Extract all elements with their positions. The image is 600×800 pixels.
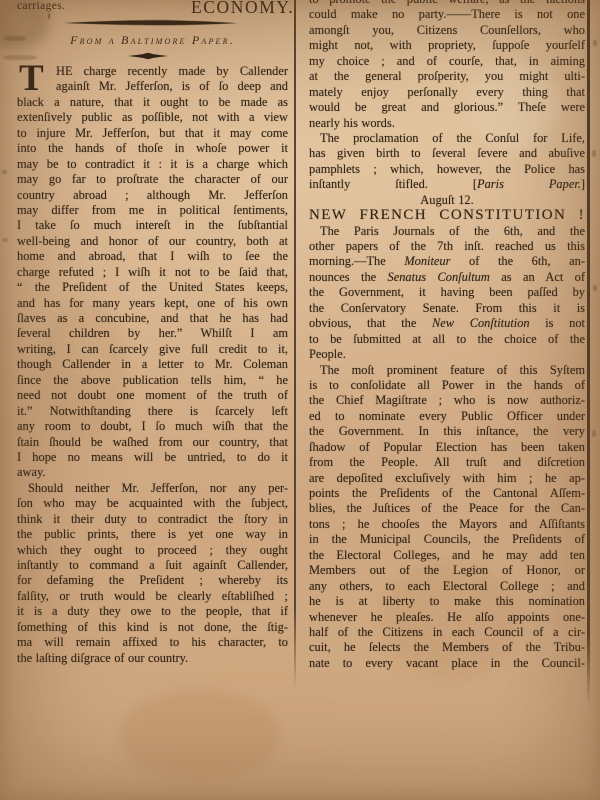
text-line: mately enjoy perſonally every thing that [309,85,585,100]
text-line: and has for many years kept, one of his … [17,296,288,311]
edge-text-fragment [592,430,596,437]
text-line: Should neither Mr. Jefferſon, nor any pe… [17,481,288,496]
text-line: writing, I can ſcarcely give full credit… [17,342,288,357]
text-line: any room to doubt, I ſo much wiſh that t… [17,419,288,434]
text-line: obvious, that the New Conſtitution is no… [309,316,585,331]
text-line: in the Municipal Councils, the Preſident… [309,532,585,547]
diamond-ornament [128,52,168,60]
text-line: the Government, it having been paſſed by [309,285,585,300]
text-line: home and abroad, that I wiſh to ſee the [17,249,288,264]
text-line: I hope no means will be untried, to do i… [17,450,288,465]
text-line: People. [309,347,585,362]
text-line: charge refuted ; I wiſh it not to be ſai… [17,265,288,280]
text-line: the Government. In this inſtance, the ve… [309,424,585,439]
text-line: nate to every vacant place in the Counci… [309,656,585,671]
paper-stain [120,690,280,780]
newspaper-page: carriages. ECONOMY. From a Baltimore Pap… [0,0,600,800]
text-line: may go far to proſtrate the character of… [17,172,288,187]
text-line: it is a duty they owe to the people, tha… [17,604,288,619]
text-line: inſtantly to command a ſuit againſt Call… [17,558,288,573]
text-line: other papers of the 7th inſt. reached us… [309,239,585,254]
text-line: ma will remain affixed to his character,… [17,635,288,650]
text-line: has given birth to ſeveral ſevere and ab… [309,146,585,161]
margin-smudge [4,36,26,41]
text-line: the Conſervatory Senate. From this it is [309,301,585,316]
text-line: need not doubt one moment of the truth o… [17,388,288,403]
text-line: well-being and honor of our country, bot… [17,234,288,249]
text-line: ſon who may be acquainted with the ſubje… [17,496,288,511]
ink-speck [2,238,8,242]
text-line: ſtain ſhould be waſhed from our country,… [17,435,288,450]
text-line: “ the Preſident of the United States kee… [17,280,288,295]
text-line: ed to nominate every Public Officer unde… [309,409,585,424]
text-line: The moſt prominent feature of this Syſte… [309,363,585,378]
text-line: to be ſubmitted at all to the choice of … [309,332,585,347]
margin-smudge [3,55,37,60]
text-line: the public prints, there is yet one way … [17,527,288,542]
text-line: black a nature, that it ought to be made… [17,95,288,110]
text-line: Members out of the Legion of Honor, or [309,563,585,578]
text-line: inſtantly ſtifled. [Paris Paper.] [309,177,585,192]
text-line: the Electoral Colleges, and he may add t… [309,548,585,563]
text-line: away. [17,465,288,480]
text-line: ſeveral children by her.” Whilſt I am [17,326,288,341]
text-line: which they ought to proceed ; they ought [17,543,288,558]
left-column: HE charge recently made by Callenderagai… [17,64,288,666]
text-line: country abroad ; although Mr. Jefferſon [17,188,288,203]
text-line: nounces the Senatus Conſultum as an Act … [309,270,585,285]
text-line: againſt Mr. Jefferſon, is of ſo deep and [17,79,288,94]
text-line: the laſting diſgrace of our country. [17,651,288,666]
text-line: extenſively public as poſſible, not with… [17,110,288,125]
text-line: my choice ; and of courſe, that, in aimi… [309,54,585,69]
text-line: points the Preſidents of the Cantonal Aſ… [309,486,585,501]
text-line: nearly his words. [309,116,585,131]
text-line: at the general proſperity, you might ult… [309,69,585,84]
text-line: cuit, he ſelects the Members of the Trib… [309,640,585,655]
text-line: amongſt you, Citizens Counſellors, who [309,23,585,38]
text-line: ſince the above publication tells him, “… [17,373,288,388]
text-line: from the People. All truſt and diſcretio… [309,455,585,470]
text-line: for defaming the Preſident ; whereby its [17,573,288,588]
text-line: might not, with propriety, ſuppoſe yourſ… [309,38,585,53]
text-line: HE charge recently made by Callender [17,64,288,79]
text-line: would be great and glorious.” Theſe were [309,100,585,115]
text-line: falſity, or truth would be clearly eſtab… [17,589,288,604]
edge-text-fragment [593,285,597,291]
text-line: half of the Citizens in each Council of … [309,625,585,640]
header-text-fragment: carriages. [17,0,65,12]
text-line: whenever he pleaſes. He alſo appoints on… [309,610,585,625]
ink-speck [48,13,50,19]
text-line: think it their duty to contradict the ſt… [17,512,288,527]
text-line: The Paris Journals of the 6th, and the [309,224,585,239]
text-line: he is at liberty to make this nomination [309,594,585,609]
text-line: any others, to each Electoral College ; … [309,579,585,594]
text-line: morning.—The Moniteur of the 6th, an- [309,254,585,269]
text-line: to injure Mr. Jefferſon, but that it may… [17,126,288,141]
edge-text-fragment [593,40,597,46]
running-title: ECONOMY. [191,0,294,18]
text-line: blies, the Juſtices of the Peace for the… [309,501,585,516]
text-line: ſomething of this kind is not done, the … [17,620,288,635]
text-line: are depoſited excluſively with him ; he … [309,471,585,486]
text-line: could make no party.——There is not one [309,7,585,22]
text-line: into the hands of thoſe in whoſe power i… [17,141,288,156]
text-line: the Chief Magiſtrate ; who is now author… [309,393,585,408]
right-column-rule [587,0,590,705]
dateline: Auguſt 12. [309,193,585,208]
text-line: The proclamation of the Conſul for Life, [309,131,585,146]
column-divider-rule [294,0,296,690]
text-line: it.” Notwithſtanding there is ſcarcely l… [17,404,288,419]
ink-speck [2,170,7,174]
text-line: ſlaves as a concubine, and that he has h… [17,311,288,326]
text-line: to promote the public welfare, as the fa… [309,0,585,7]
text-line: may be to contradict it : it is a charge… [17,157,288,172]
edge-text-fragment [592,150,596,157]
text-line: ſhadow of Popular Election has been take… [309,440,585,455]
text-line: pamphlets ; which, however, the Police h… [309,162,585,177]
text-line: may differ from me in political ſentimen… [17,203,288,218]
text-line: tons ; he chooſes the Mayors and Aſſiſta… [309,517,585,532]
text-line: though Callender in a letter to Mr. Cole… [17,357,288,372]
text-line: I take ſo much intereſt in the ſubſtanti… [17,218,288,233]
swelled-rule-ornament [63,18,238,28]
right-column: to promote the public welfare, as the fa… [309,0,585,671]
headline: NEW FRENCH CONSTITUTION ! [309,208,585,223]
text-line: is to conſolidate all Power in the hands… [309,378,585,393]
section-kicker: From a Baltimore Paper. [17,33,288,48]
